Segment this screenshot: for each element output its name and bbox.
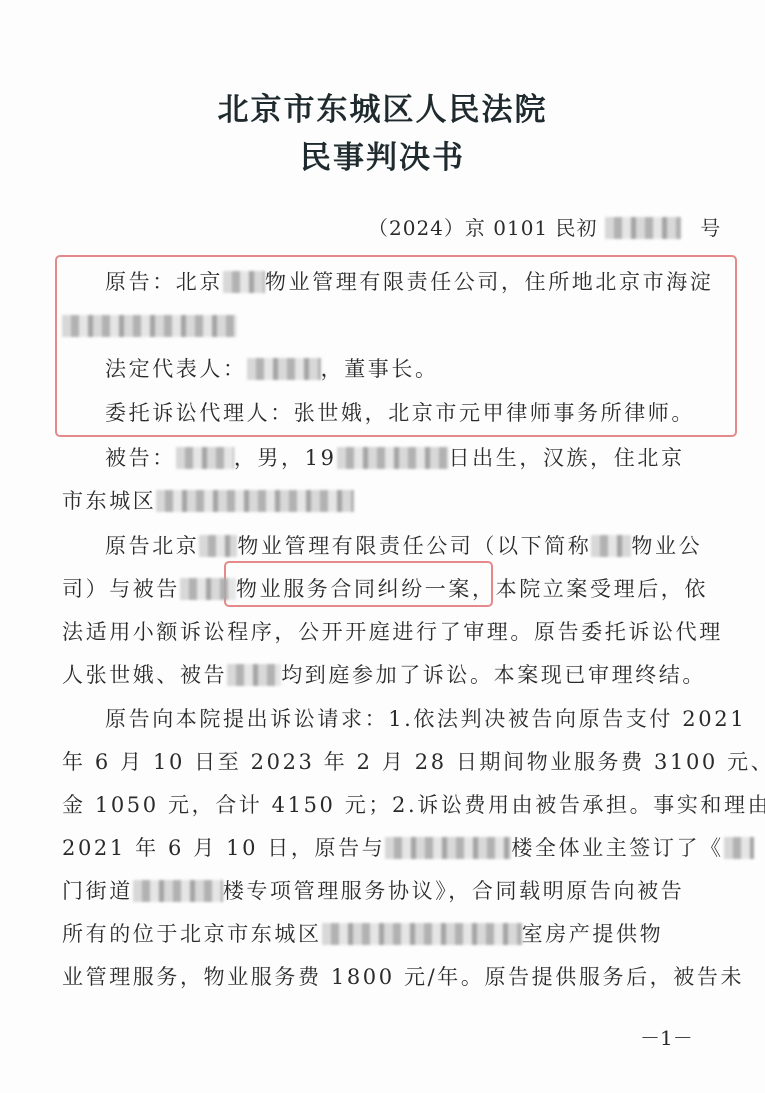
plaintiff-address-line	[62, 312, 712, 340]
defendant-line: 被告：，男，19日出生，汉族，住北京	[105, 444, 755, 472]
document-type: 民事判决书	[0, 132, 765, 177]
redacted-block	[133, 880, 223, 902]
paragraph-line: 业管理服务，物业服务费 1800 元/年。原告提供服务后，被告未	[62, 963, 712, 991]
redacted-block	[227, 664, 281, 686]
redacted-block	[199, 535, 237, 557]
page-number: －1－	[640, 1022, 693, 1051]
paragraph-line: 所有的位于北京市东城区室房产提供物	[62, 920, 712, 948]
case-number-suffix: 号	[700, 216, 721, 240]
text-segment: 人张世娥、被告	[62, 663, 227, 687]
text-segment: 物业管理有限责任公司（以下简称	[237, 534, 591, 558]
text-segment: 市东城区	[62, 489, 156, 513]
paragraph-line: 原告向本院提出诉讼请求：1.依法判决被告向原告支付 2021	[105, 705, 755, 733]
text-segment: ，男，19	[234, 446, 337, 470]
redacted-block	[62, 315, 237, 337]
text-segment: 原告：北京	[105, 270, 223, 294]
text-segment: 楼全体业主签订了《	[511, 836, 723, 860]
text-segment: 司）与被告	[62, 577, 180, 601]
redacted-block	[322, 923, 522, 945]
agent-line: 委托诉讼代理人：张世娥，北京市元甲律师事务所律师。	[105, 399, 755, 427]
court-name: 北京市东城区人民法院	[0, 84, 765, 129]
paragraph-line: 法适用小额诉讼程序，公开开庭进行了审理。原告委托诉讼代理	[62, 618, 712, 646]
text-segment: 物业管理有限责任公司，住所地北京市海淀	[265, 270, 713, 294]
redacted-block	[180, 578, 236, 600]
text-segment: 所有的位于北京市东城区	[62, 922, 322, 946]
paragraph-line: 2021 年 6 月 10 日，原告与楼全体业主签订了《	[62, 834, 712, 862]
text-segment: 门街道	[62, 879, 133, 903]
text-segment: 2021 年 6 月 10 日，原告与	[62, 836, 385, 860]
redacted-block	[605, 217, 681, 239]
defendant-address-line: 市东城区	[62, 487, 712, 515]
redacted-block	[247, 358, 321, 380]
redacted-block	[156, 490, 354, 512]
paragraph-line: 人张世娥、被告均到庭参加了诉讼。本案现已审理终结。	[62, 661, 712, 689]
redacted-block	[385, 837, 511, 859]
paragraph-line: 原告北京物业管理有限责任公司（以下简称物业公	[105, 532, 755, 560]
text-segment: 本院立案受理后，依	[496, 577, 708, 601]
document-page: 北京市东城区人民法院 民事判决书 （2024）京 0101 民初 号 原告：北京…	[0, 0, 765, 1093]
redacted-block	[176, 447, 234, 469]
text-segment: 原告北京	[105, 534, 199, 558]
text-segment: ，董事长。	[321, 357, 439, 381]
text-segment: 物业公	[631, 534, 702, 558]
case-number-prefix: （2024）京 0101 民初	[368, 216, 598, 240]
text-segment: 被告：	[105, 446, 176, 470]
text-segment: 日出生，汉族，住北京	[449, 446, 685, 470]
text-segment: 室房产提供物	[522, 922, 664, 946]
text-segment: 楼专项管理服务协议》，合同载明原告向被告	[223, 879, 685, 903]
legal-rep-line: 法定代表人：，董事长。	[105, 355, 755, 383]
paragraph-line: 年 6 月 10 日至 2023 年 2 月 28 日期间物业服务费 3100 …	[62, 748, 712, 776]
plaintiff-line: 原告：北京物业管理有限责任公司，住所地北京市海淀	[105, 268, 755, 296]
paragraph-line: 金 1050 元，合计 4150 元；2.诉讼费用由被告承担。事实和理由：	[62, 791, 712, 819]
redacted-block	[337, 447, 449, 469]
text-segment: 均到庭参加了诉讼。本案现已审理终结。	[281, 663, 706, 687]
paragraph-line: 门街道楼专项管理服务协议》，合同载明原告向被告	[62, 877, 712, 905]
case-number: （2024）京 0101 民初 号	[368, 212, 721, 241]
case-cause-text: 物业服务合同纠纷一案，	[236, 577, 496, 601]
redacted-block	[591, 535, 631, 557]
text-segment: 法定代表人：	[105, 357, 247, 381]
paragraph-line: 司）与被告物业服务合同纠纷一案，本院立案受理后，依	[62, 575, 712, 603]
redacted-block	[724, 837, 754, 859]
redacted-block	[223, 271, 265, 293]
